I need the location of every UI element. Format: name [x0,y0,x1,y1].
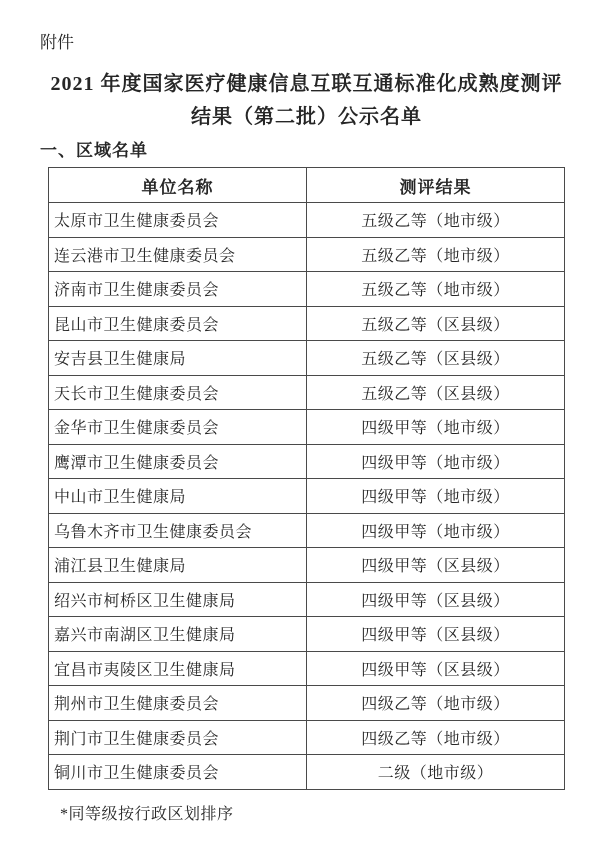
table-row: 嘉兴市南湖区卫生健康局四级甲等（区县级） [49,617,565,652]
unit-name-cell: 中山市卫生健康局 [49,479,307,514]
table-header-row: 单位名称 测评结果 [49,168,565,203]
evaluation-result-cell: 四级甲等（地市级） [307,410,565,445]
evaluation-result-cell: 五级乙等（区县级） [307,375,565,410]
unit-name-cell: 荆门市卫生健康委员会 [49,720,307,755]
table-row: 金华市卫生健康委员会四级甲等（地市级） [49,410,565,445]
evaluation-result-cell: 四级甲等（地市级） [307,479,565,514]
unit-name-cell: 宜昌市夷陵区卫生健康局 [49,651,307,686]
evaluation-result-cell: 四级乙等（地市级） [307,720,565,755]
table-row: 绍兴市柯桥区卫生健康局四级甲等（区县级） [49,582,565,617]
evaluation-result-cell: 五级乙等（地市级） [307,272,565,307]
table-row: 鹰潭市卫生健康委员会四级甲等（地市级） [49,444,565,479]
document-title: 2021 年度国家医疗健康信息互联互通标准化成熟度测评 结果（第二批）公示名单 [48,68,565,134]
table-row: 昆山市卫生健康委员会五级乙等（区县级） [49,306,565,341]
evaluation-result-cell: 五级乙等（地市级） [307,203,565,238]
evaluation-result-cell: 四级甲等（区县级） [307,548,565,583]
footnote: *同等级按行政区划排序 [60,804,565,826]
evaluation-result-cell: 四级甲等（地市级） [307,513,565,548]
document-title-line2: 结果（第二批）公示名单 [48,101,565,134]
evaluation-result-cell: 四级甲等（地市级） [307,444,565,479]
evaluation-result-table: 单位名称 测评结果 太原市卫生健康委员会五级乙等（地市级）连云港市卫生健康委员会… [48,167,565,790]
unit-name-cell: 太原市卫生健康委员会 [49,203,307,238]
unit-name-cell: 鹰潭市卫生健康委员会 [49,444,307,479]
evaluation-result-cell: 五级乙等（区县级） [307,341,565,376]
evaluation-result-cell: 四级乙等（地市级） [307,686,565,721]
table-row: 中山市卫生健康局四级甲等（地市级） [49,479,565,514]
evaluation-result-cell: 二级（地市级） [307,755,565,790]
document-title-line1: 2021 年度国家医疗健康信息互联互通标准化成熟度测评 [48,68,565,101]
unit-name-cell: 连云港市卫生健康委员会 [49,237,307,272]
unit-name-cell: 乌鲁木齐市卫生健康委员会 [49,513,307,548]
evaluation-result-cell: 四级甲等（区县级） [307,617,565,652]
table-row: 安吉县卫生健康局五级乙等（区县级） [49,341,565,376]
table-row: 连云港市卫生健康委员会五级乙等（地市级） [49,237,565,272]
unit-name-cell: 济南市卫生健康委员会 [49,272,307,307]
table-row: 宜昌市夷陵区卫生健康局四级甲等（区县级） [49,651,565,686]
table-row: 天长市卫生健康委员会五级乙等（区县级） [49,375,565,410]
evaluation-result-cell: 四级甲等（区县级） [307,582,565,617]
unit-name-cell: 荆州市卫生健康委员会 [49,686,307,721]
evaluation-result-cell: 五级乙等（地市级） [307,237,565,272]
table-body: 太原市卫生健康委员会五级乙等（地市级）连云港市卫生健康委员会五级乙等（地市级）济… [49,203,565,790]
document-page: 附件 2021 年度国家医疗健康信息互联互通标准化成熟度测评 结果（第二批）公示… [0,0,600,857]
table-header: 单位名称 测评结果 [49,168,565,203]
unit-name-cell: 铜川市卫生健康委员会 [49,755,307,790]
evaluation-result-cell: 五级乙等（区县级） [307,306,565,341]
unit-name-cell: 浦江县卫生健康局 [49,548,307,583]
attachment-label: 附件 [40,32,565,54]
table-row: 济南市卫生健康委员会五级乙等（地市级） [49,272,565,307]
table-row: 荆门市卫生健康委员会四级乙等（地市级） [49,720,565,755]
column-header-unit-name: 单位名称 [49,168,307,203]
unit-name-cell: 绍兴市柯桥区卫生健康局 [49,582,307,617]
unit-name-cell: 安吉县卫生健康局 [49,341,307,376]
table-row: 荆州市卫生健康委员会四级乙等（地市级） [49,686,565,721]
table-row: 太原市卫生健康委员会五级乙等（地市级） [49,203,565,238]
section-heading-region-list: 一、区域名单 [40,140,565,162]
table-row: 浦江县卫生健康局四级甲等（区县级） [49,548,565,583]
table-row: 铜川市卫生健康委员会二级（地市级） [49,755,565,790]
table-row: 乌鲁木齐市卫生健康委员会四级甲等（地市级） [49,513,565,548]
unit-name-cell: 金华市卫生健康委员会 [49,410,307,445]
column-header-evaluation-result: 测评结果 [307,168,565,203]
unit-name-cell: 嘉兴市南湖区卫生健康局 [49,617,307,652]
evaluation-result-cell: 四级甲等（区县级） [307,651,565,686]
unit-name-cell: 天长市卫生健康委员会 [49,375,307,410]
unit-name-cell: 昆山市卫生健康委员会 [49,306,307,341]
